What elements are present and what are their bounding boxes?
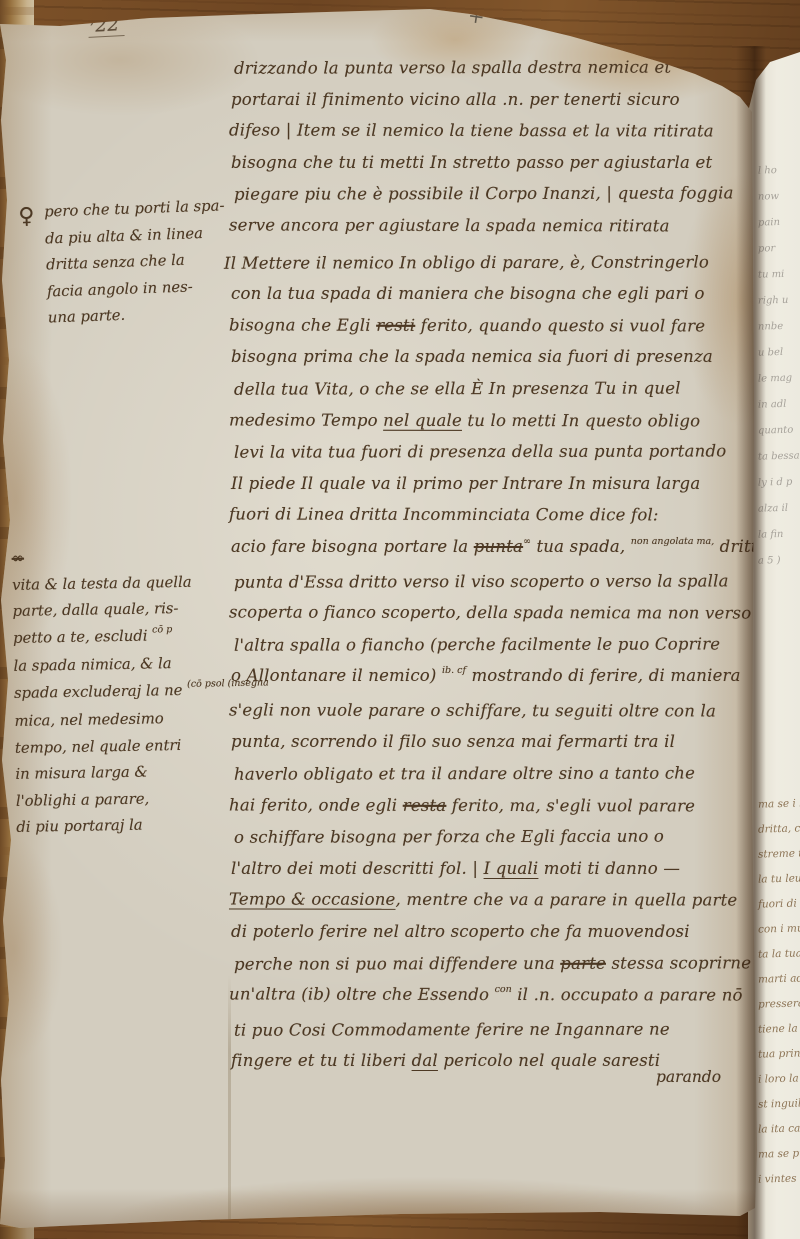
manuscript-line: bisogna che tu ti metti In stretto passo… [231, 147, 763, 179]
facing-page-text-fragment: in adl [758, 391, 800, 418]
manuscript-line: bisogna che Egli resti ferito, quando qu… [229, 309, 761, 342]
manuscript-line: punta, scorrendo il filo suo senza mai f… [231, 726, 763, 758]
facing-page-text-fragment: nnbe [758, 313, 800, 340]
manuscript-line: Il Mettere il nemico In obligo di parare… [234, 246, 766, 279]
facing-page-text-fragment: a 5 ) [758, 547, 800, 574]
facing-page-text-fragment: i loro la [758, 1066, 800, 1092]
main-text-block: drizzando la punta verso la spalla destr… [231, 52, 763, 1077]
manuscript-line: drizzando la punta verso la spalla destr… [234, 51, 766, 84]
manuscript-line: fuori di Linea dritta Incomminciata Come… [229, 499, 761, 532]
facing-page-text-fragment: quanto [758, 417, 800, 444]
manuscript-line: acio fare bisogna portare la punta∞ tua … [231, 531, 763, 566]
margin-note-line: spada excluderaj la ne (cō psol (insegna [14, 677, 229, 709]
catchword: parando [656, 1068, 721, 1086]
manuscript-page: 22 + drizzando la punta verso la spalla … [0, 0, 758, 1239]
margin-note-line: di piu portaraj la [16, 811, 231, 841]
facing-page-text-fragment: la fin [758, 521, 800, 548]
manuscript-line: hai ferito, onde egli resta ferito, ma, … [229, 789, 761, 822]
manuscript-line: bisogna prima che la spada nemica sia fu… [231, 341, 763, 373]
manuscript-line: difeso | Item se il nemico la tiene bass… [229, 115, 761, 148]
manuscript-line: o Allontanare il nemico) ib. cf mostrand… [231, 660, 763, 695]
facing-page-text-fragment: le mag [758, 365, 800, 392]
manuscript-line: punta d'Essa dritto verso il viso scoper… [234, 565, 766, 598]
facing-page-text-fragment: u bel [758, 339, 800, 366]
facing-page-text-fragment: ta la tua [758, 941, 800, 967]
facing-page-text-fragment: pain [758, 209, 800, 236]
facing-page-text-fragment: righ u [758, 287, 800, 314]
facing-page-text-fragment: st inguill [758, 1091, 800, 1117]
margin-note-line: l'oblighi a parare, [16, 785, 231, 815]
facing-page-text-fragment: streme ta [758, 841, 800, 867]
manuscript-line: Tempo & occasione, mentre che va a parar… [229, 884, 761, 917]
facing-page-text-fragment: marti ad [758, 966, 800, 992]
manuscript-line: un'altra (ib) oltre che Essendo con il .… [229, 979, 761, 1015]
margin-note-line: la spada nimica, & la [13, 650, 228, 680]
manuscript-line: di poterlo ferire nel altro scoperto che… [231, 916, 763, 948]
facing-page-text-fragment: dritta, che [758, 816, 800, 842]
facing-page-text-fragment: ly i d p [758, 469, 800, 496]
manuscript-line: della tua Vita, o che se ella È In prese… [234, 372, 766, 405]
facing-page-text-fragment: tu mi [758, 261, 800, 288]
facing-page-text-fragment: alza il [758, 495, 800, 522]
facing-page-showthrough-text: l honowpainportu mirigh unnbeu belle mag… [758, 158, 800, 574]
manuscript-line: serve ancora per agiustare la spada nemi… [229, 209, 761, 242]
manuscript-line: s'egli non vuole parare o schiffare, tu … [229, 694, 761, 727]
margin-note-line: tempo, nel quale entri [15, 732, 230, 762]
facing-page-text-fragment: now [758, 183, 800, 210]
margin-note-line: una parte. [47, 298, 248, 331]
venus-reference-mark: ♀ [18, 204, 35, 230]
facing-page-sliver: l honowpainportu mirigh unnbeu belle mag… [748, 50, 800, 1239]
manuscript-line: piegare piu che è possibile il Corpo Ina… [234, 178, 766, 211]
facing-page-text-fragment: fuori di q [758, 891, 800, 917]
margin-note-line: in misura larga & [15, 758, 230, 788]
facing-page-text-fragment: pressera l [758, 991, 800, 1017]
facing-page-text-fragment: i vintes [758, 1166, 800, 1192]
facing-page-text-fragment: la tu leu [758, 866, 800, 892]
manuscript-line: perche non si puo mai diffendere una par… [234, 947, 766, 980]
folio-number: 22 [87, 13, 124, 38]
manuscript-line: haverlo obligato et tra il andare oltre … [234, 757, 766, 790]
facing-page-text-fragment: por [758, 235, 800, 262]
margin-note-line: parte, dalla quale, ris- [12, 595, 227, 625]
cross-mark: + [466, 3, 486, 29]
manuscript-line: l'altra spalla o fiancho (perche facilme… [234, 628, 766, 661]
margin-note-line: mica, nel medesimo [14, 705, 229, 735]
manuscript-line: l'altro dei moti descritti fol. | I qual… [231, 853, 763, 885]
facing-page-text-fragment: tua prinp [758, 1041, 800, 1067]
margin-note-line: petto a te, escludi cō p [13, 622, 228, 654]
margin-note-1-lines: pero che tu porti la spa-da piu alta & i… [44, 193, 249, 332]
manuscript-line: levi la vita tua fuori di presenza della… [234, 435, 766, 468]
manuscript-line: scoperta o fianco scoperto, della spada … [229, 597, 761, 630]
manuscript-line: Il piede Il quale va il primo per Intrar… [231, 468, 763, 500]
manuscript-line: o schiffare bisogna per forza che Egli f… [234, 821, 766, 854]
manuscript-line: ti puo Cosi Commodamente ferire ne Ingan… [234, 1013, 766, 1046]
facing-page-text-fragment: ma se pure [758, 1141, 800, 1167]
facing-page-text-fragment: l ho [758, 157, 800, 184]
facing-page-text-fragment: la ita cal [758, 1116, 800, 1142]
facing-page-text-fragment: tiene la n [758, 1016, 800, 1042]
manuscript-line: con la tua spada di maniera che bisogna … [231, 278, 763, 310]
manuscript-line: portarai il finimento vicino alla .n. pe… [231, 84, 763, 116]
margin-note-1: ♀ pero che tu porti la spa-da piu alta &… [44, 193, 249, 332]
facing-page-text-fragment: con i mu [758, 916, 800, 942]
margin-note-line: vita & la testa da quella [12, 569, 227, 599]
facing-page-cutoff-text: ma se i ldritta, chestreme tala tu leufu… [758, 792, 800, 1192]
margin-note-2-lines: ∞vita & la testa da quellaparte, dalla q… [11, 542, 231, 841]
margin-note-line: ∞ [11, 542, 226, 572]
manuscript-line: medesimo Tempo nel quale tu lo metti In … [229, 404, 761, 437]
margin-note-2: ∞vita & la testa da quellaparte, dalla q… [11, 542, 231, 841]
facing-page-text-fragment: ta bessa [758, 443, 800, 470]
manuscript-photo: { "page": { "folio_number": "22", "plus_… [0, 0, 800, 1239]
facing-page-text-fragment: ma se i l [758, 791, 800, 817]
